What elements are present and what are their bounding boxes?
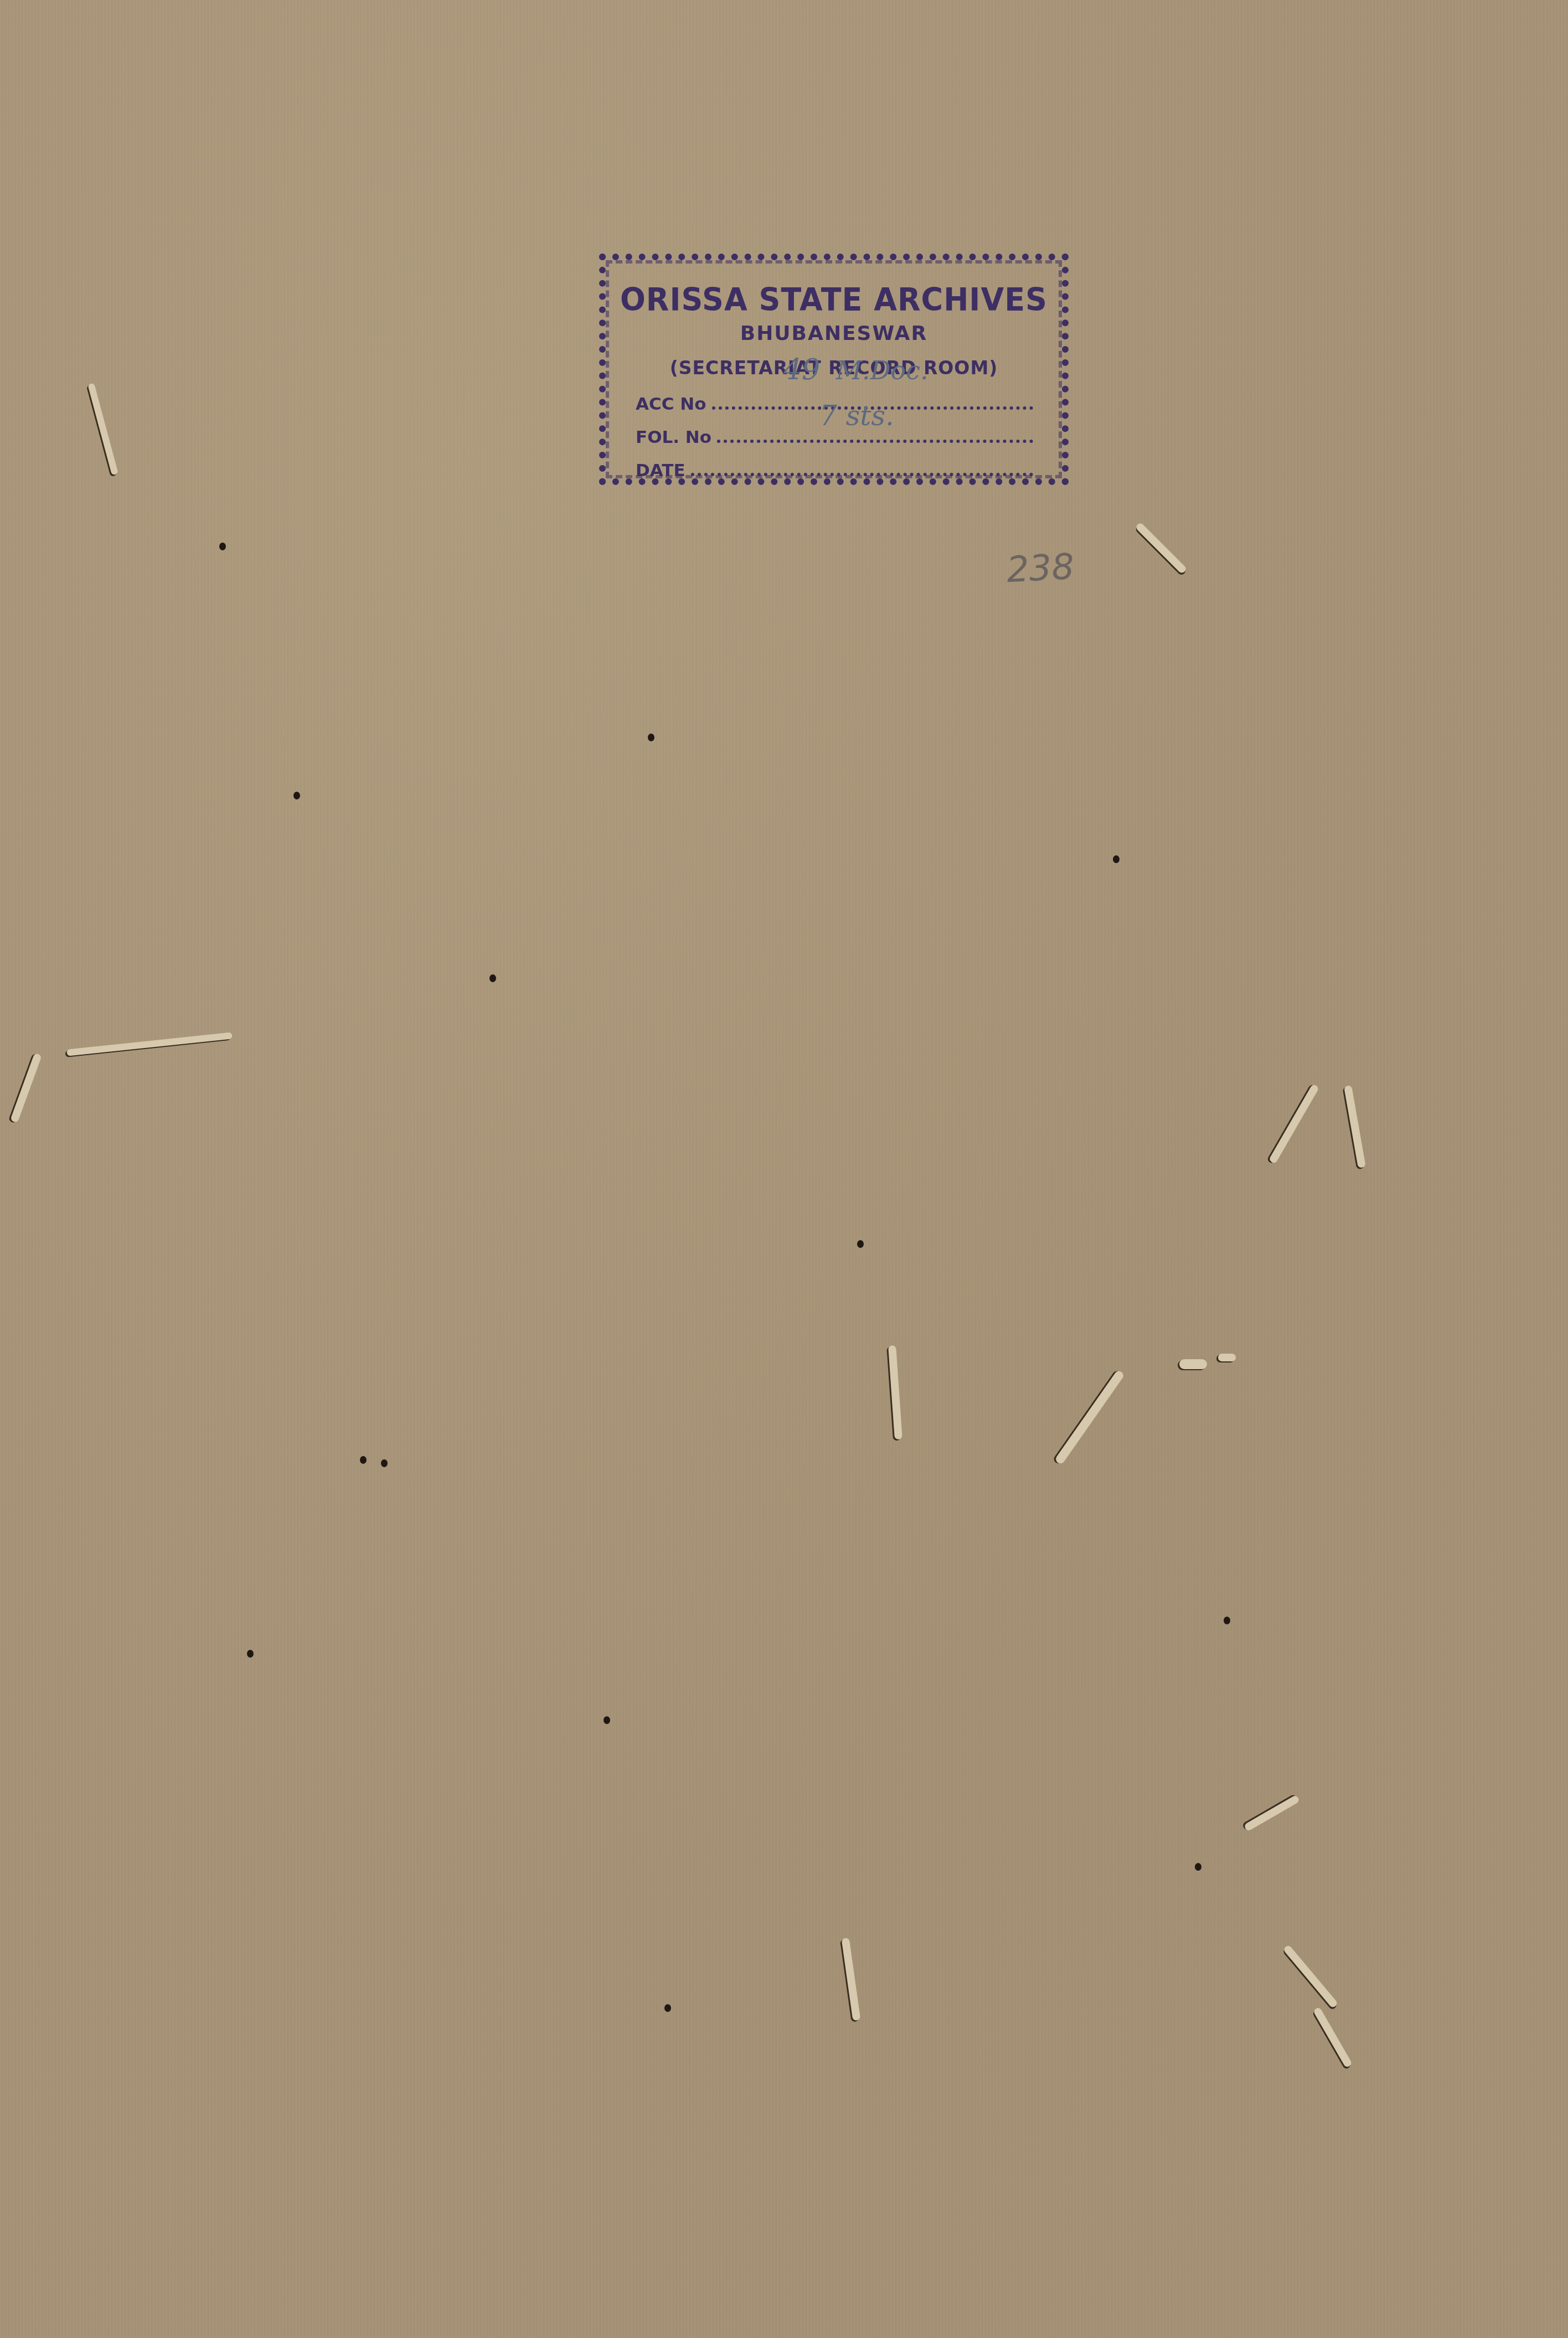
- stamp-subtitle: (SECRETARIAT RECORD ROOM): [606, 357, 1062, 379]
- pencil-page-number: 238: [1005, 546, 1075, 591]
- field-dotted-line: [717, 437, 1033, 443]
- document-page: ORISSA STATE ARCHIVES BHUBANESWAR (SECRE…: [0, 0, 1568, 2338]
- handwritten-acc-suffix: M.Doc.: [836, 355, 929, 385]
- field-label: DATE: [636, 461, 685, 481]
- archive-stamp: ORISSA STATE ARCHIVES BHUBANESWAR (SECRE…: [599, 254, 1069, 485]
- field-dotted-line: [691, 471, 1033, 476]
- handwritten-fol-number: 7 sts.: [819, 400, 894, 432]
- stamp-field-date: DATE: [636, 453, 1033, 481]
- handwritten-acc-number: 49: [783, 353, 820, 386]
- field-label: FOL. No: [636, 427, 711, 447]
- stamp-city: BHUBANESWAR: [606, 322, 1062, 345]
- stamp-title: ORISSA STATE ARCHIVES: [606, 281, 1062, 318]
- field-label: ACC No: [636, 394, 706, 414]
